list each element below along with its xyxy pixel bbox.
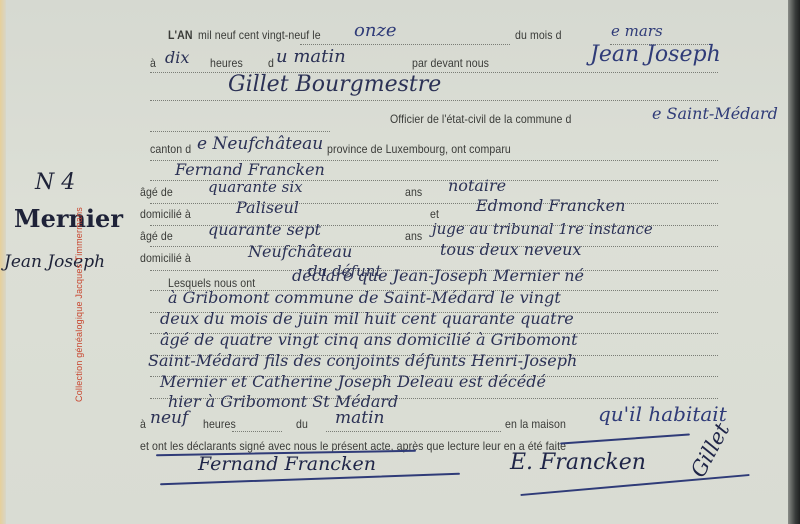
- dotted-rule: [232, 431, 282, 432]
- declarant2-domicile: Neufchâteau: [248, 242, 352, 261]
- printed-text-wrap: domicilié à: [140, 249, 198, 267]
- printed-text: province de Luxembourg, ont comparu: [327, 142, 511, 156]
- day-of-death: onze: [354, 20, 397, 41]
- printed-text-wrap: par devant nous: [412, 54, 500, 72]
- printed-text: domicilié à: [140, 207, 191, 221]
- document-page: N 4 Mernier Jean Joseph Collection généa…: [0, 0, 788, 524]
- declaration-line: à Gribomont commune de Saint-Médard le v…: [168, 288, 561, 307]
- declarant2-profession: juge au tribunal 1re instance: [432, 220, 653, 238]
- declarant1-profession: notaire: [448, 176, 506, 195]
- printed-text: du mois d: [515, 28, 562, 42]
- officer-surname-title: Gillet Bourgmestre: [228, 72, 441, 97]
- printed-text-wrap: âgé de: [140, 227, 177, 245]
- printed-text-wrap: en la maison: [505, 415, 574, 433]
- hour-of-death: neuf: [150, 408, 188, 428]
- printed-text-wrap: canton d: [150, 140, 197, 158]
- printed-text: par devant nous: [412, 56, 489, 70]
- commune: e Saint-Médard: [652, 104, 778, 123]
- margin-surname: Mernier: [14, 204, 123, 233]
- declarants-relation: tous deux neveux: [440, 240, 581, 259]
- printed-text: à: [150, 56, 156, 70]
- printed-text: du: [296, 417, 308, 431]
- printed-text: ans: [405, 185, 422, 199]
- printed-text-wrap: du: [296, 415, 310, 433]
- dotted-rule: [300, 44, 510, 45]
- printed-text: en la maison: [505, 417, 566, 431]
- record-number: N 4: [35, 170, 75, 195]
- printed-text-wrap: à: [150, 54, 157, 72]
- printed-text: âgé de: [140, 229, 173, 243]
- printed-text: domicilié à: [140, 251, 191, 265]
- signature-declarant1: Fernand Francken: [198, 453, 376, 475]
- printed-text: heures: [203, 417, 236, 431]
- dotted-rule: [150, 131, 330, 132]
- page-edge-right: [788, 0, 800, 524]
- printed-text: canton d: [150, 142, 191, 156]
- declaration-line: âgé de quatre vingt cinq ans domicilié à…: [160, 330, 578, 349]
- officer-first-names: Jean Joseph: [590, 42, 721, 67]
- dotted-rule: [150, 100, 718, 101]
- canton: e Neufchâteau: [197, 134, 323, 154]
- printed-text: Officier de l'état-civil de la commune d: [390, 112, 571, 126]
- printed-text: d: [268, 56, 274, 70]
- printed-text-wrap: heures: [210, 54, 247, 72]
- printed-text: et: [430, 207, 439, 221]
- declarant1-name: Fernand Francken: [175, 160, 325, 179]
- line-year: L'AN mil neuf cent vingt-neuf le: [168, 26, 338, 44]
- line-month-label: du mois d: [515, 26, 568, 44]
- declaration-line: déclaré que Jean-Joseph Mernier né: [292, 266, 584, 285]
- signature-declarant2: E. Francken: [510, 450, 646, 475]
- hour-of-declaration: dix: [165, 48, 189, 67]
- place-of-death: qu'il habitait: [598, 402, 727, 426]
- declaration-line: deux du mois de juin mil huit cent quara…: [160, 309, 574, 328]
- printed-text: à: [140, 417, 146, 431]
- printed-text-wrap: ans: [405, 183, 425, 201]
- signature-officer: Gillet: [686, 419, 734, 481]
- signature-flourish: [520, 474, 749, 496]
- printed-text-wrap: province de Luxembourg, ont comparu: [327, 140, 536, 158]
- margin-given-names: Jean Joseph: [4, 252, 105, 272]
- printed-text: heures: [210, 56, 243, 70]
- declaration-line: Saint-Médard fils des conjoints défunts …: [148, 351, 577, 370]
- printed-text: ans: [405, 229, 422, 243]
- declarant1-age: quarante six: [208, 178, 303, 196]
- printed-text-wrap: à: [140, 415, 147, 433]
- printed-text-wrap: âgé de: [140, 183, 177, 201]
- dotted-rule: [150, 246, 718, 247]
- printed-text-wrap: ans: [405, 227, 425, 245]
- printed-text-wrap: d: [268, 54, 275, 72]
- month-of-death: e mars: [611, 22, 663, 40]
- printed-text: L'AN: [168, 28, 193, 42]
- printed-text: âgé de: [140, 185, 173, 199]
- declaration-line: Mernier et Catherine Joseph Deleau est d…: [160, 372, 546, 391]
- period-of-day: u matin: [276, 46, 346, 67]
- collection-watermark: Collection généalogique Jacques Timmerma…: [74, 207, 84, 402]
- dotted-rule: [326, 431, 501, 432]
- printed-text-wrap: Officier de l'état-civil de la commune d: [390, 110, 596, 128]
- declarant2-age: quarante sept: [208, 220, 321, 239]
- printed-text-wrap: domicilié à: [140, 205, 198, 223]
- period-of-death: matin: [335, 408, 384, 428]
- declarant2-name: Edmond Francken: [476, 196, 625, 215]
- declarant1-domicile: Paliseul: [236, 198, 299, 217]
- printed-text: mil neuf cent vingt-neuf le: [198, 28, 321, 42]
